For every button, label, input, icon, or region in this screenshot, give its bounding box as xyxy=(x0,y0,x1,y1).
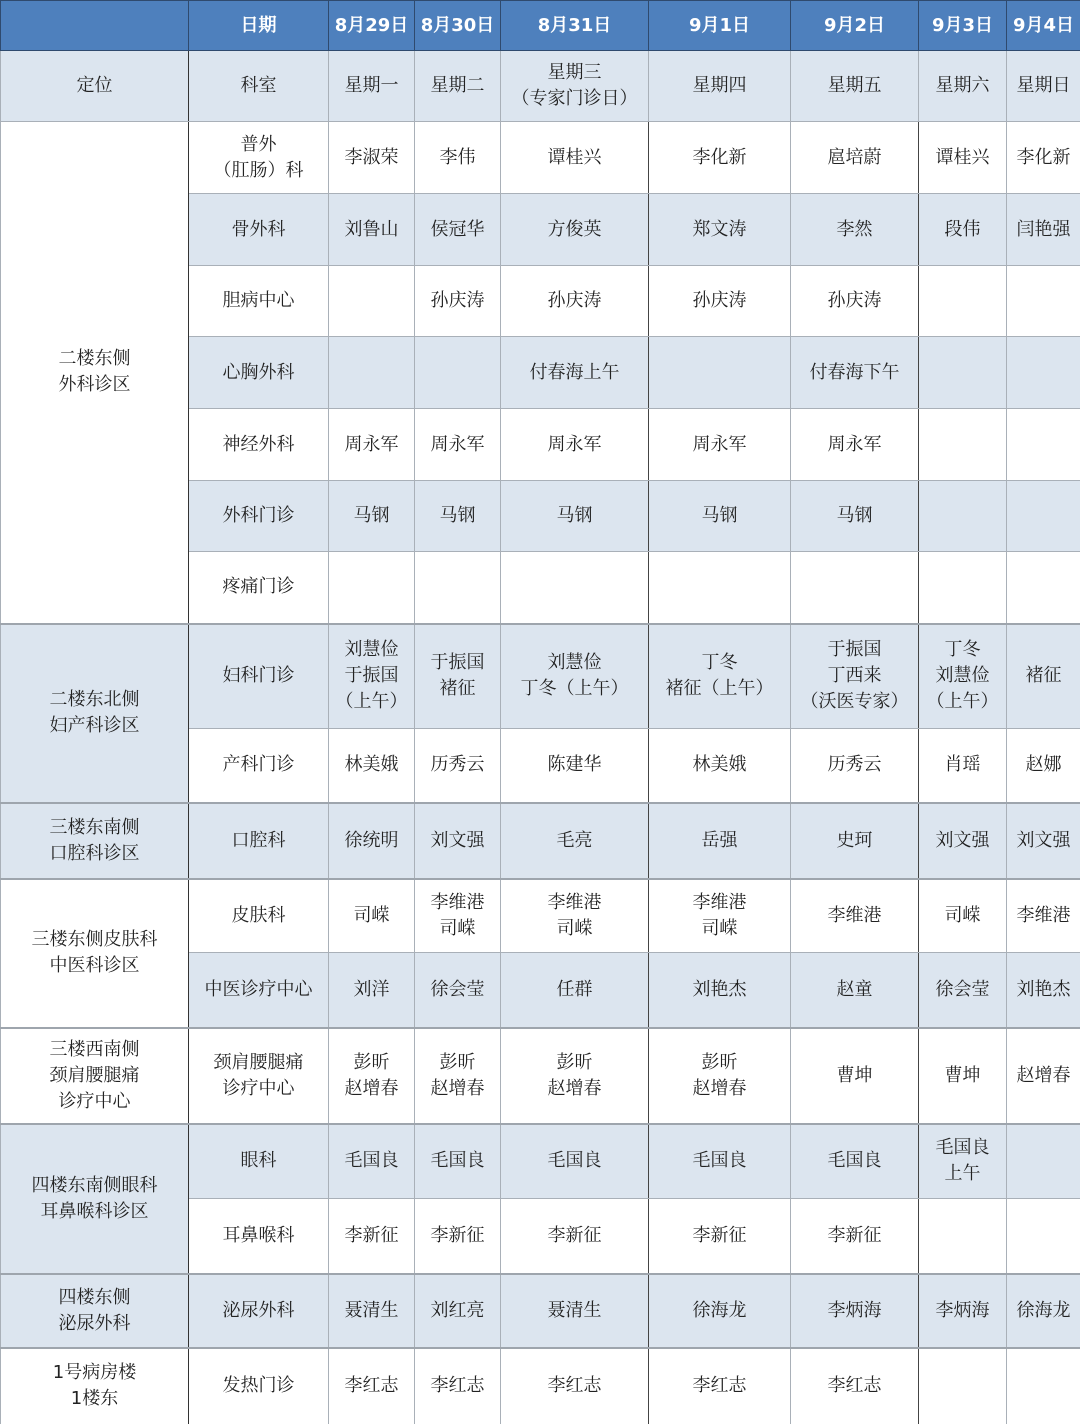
doctor-cell xyxy=(329,552,415,624)
weekday: 星期日 xyxy=(1007,51,1080,122)
doctor-cell: 彭昕 赵增春 xyxy=(501,1028,649,1124)
schedule-body: 二楼东侧 外科诊区普外 （肛肠）科李淑荣李伟谭桂兴李化新扈培蔚谭桂兴李化新骨外科… xyxy=(1,122,1080,1424)
weekday: 星期五 xyxy=(791,51,919,122)
date-col: 9月2日 xyxy=(791,1,919,51)
doctor-cell: 周永军 xyxy=(329,409,415,481)
doctor-cell: 孙庆涛 xyxy=(415,266,501,337)
doctor-cell: 李然 xyxy=(791,194,919,266)
doctor-cell: 李红志 xyxy=(415,1348,501,1424)
location-cell: 四楼东侧 泌尿外科 xyxy=(1,1274,189,1348)
doctor-cell: 毛国良 xyxy=(415,1124,501,1199)
department-cell: 普外 （肛肠）科 xyxy=(189,122,329,194)
doctor-cell: 聂清生 xyxy=(501,1274,649,1348)
table-row: 二楼东北侧 妇产科诊区妇科门诊刘慧俭 于振国 （上午）于振国 褚征刘慧俭 丁冬（… xyxy=(1,624,1080,729)
doctor-cell: 刘慧俭 于振国 （上午） xyxy=(329,624,415,729)
doctor-cell: 李化新 xyxy=(649,122,791,194)
department-cell: 产科门诊 xyxy=(189,729,329,803)
table-row: 二楼东侧 外科诊区普外 （肛肠）科李淑荣李伟谭桂兴李化新扈培蔚谭桂兴李化新 xyxy=(1,122,1080,194)
doctor-cell: 刘红亮 xyxy=(415,1274,501,1348)
doctor-cell xyxy=(919,409,1007,481)
doctor-cell: 马钢 xyxy=(415,481,501,552)
table-row: 1号病房楼 1楼东发热门诊李红志李红志李红志李红志李红志 xyxy=(1,1348,1080,1424)
doctor-cell xyxy=(1007,481,1080,552)
table-row: 四楼东侧 泌尿外科泌尿外科聂清生刘红亮聂清生徐海龙李炳海李炳海徐海龙 xyxy=(1,1274,1080,1348)
doctor-cell: 周永军 xyxy=(415,409,501,481)
doctor-cell: 周永军 xyxy=(791,409,919,481)
doctor-cell: 李红志 xyxy=(791,1348,919,1424)
doctor-cell: 马钢 xyxy=(649,481,791,552)
doctor-cell: 李化新 xyxy=(1007,122,1080,194)
doctor-cell: 李新征 xyxy=(791,1199,919,1274)
department-cell: 心胸外科 xyxy=(189,337,329,409)
doctor-cell: 刘鲁山 xyxy=(329,194,415,266)
doctor-cell: 林美娥 xyxy=(649,729,791,803)
doctor-cell: 李新征 xyxy=(501,1199,649,1274)
doctor-cell: 李红志 xyxy=(501,1348,649,1424)
doctor-cell: 徐海龙 xyxy=(649,1274,791,1348)
doctor-cell xyxy=(1007,1124,1080,1199)
doctor-cell xyxy=(1007,337,1080,409)
table-row: 三楼东南侧 口腔科诊区口腔科徐统明刘文强毛亮岳强史珂刘文强刘文强 xyxy=(1,803,1080,879)
doctor-cell: 赵童 xyxy=(791,953,919,1028)
doctor-cell: 刘文强 xyxy=(415,803,501,879)
doctor-cell: 李红志 xyxy=(329,1348,415,1424)
date-col: 8月30日 xyxy=(415,1,501,51)
doctor-cell: 岳强 xyxy=(649,803,791,879)
doctor-cell: 毛国良 xyxy=(501,1124,649,1199)
weekday: 星期三 （专家门诊日） xyxy=(501,51,649,122)
doctor-cell: 周永军 xyxy=(649,409,791,481)
date-header-row: 日期 8月29日 8月30日 8月31日 9月1日 9月2日 9月3日 9月4日 xyxy=(1,1,1080,51)
location-cell: 四楼东南侧眼科 耳鼻喉科诊区 xyxy=(1,1124,189,1274)
doctor-cell: 孙庆涛 xyxy=(649,266,791,337)
table-row: 三楼东侧皮肤科 中医科诊区皮肤科司嵘李维港 司嵘李维港 司嵘李维港 司嵘李维港司… xyxy=(1,879,1080,953)
date-col: 9月3日 xyxy=(919,1,1007,51)
doctor-cell: 闫艳强 xyxy=(1007,194,1080,266)
table-row: 三楼西南侧 颈肩腰腿痛 诊疗中心颈肩腰腿痛 诊疗中心彭昕 赵增春彭昕 赵增春彭昕… xyxy=(1,1028,1080,1124)
clinic-schedule-table: 日期 8月29日 8月30日 8月31日 9月1日 9月2日 9月3日 9月4日… xyxy=(0,0,1080,1424)
doctor-cell: 李维港 司嵘 xyxy=(415,879,501,953)
doctor-cell xyxy=(415,552,501,624)
department-cell: 疼痛门诊 xyxy=(189,552,329,624)
doctor-cell: 曹坤 xyxy=(919,1028,1007,1124)
doctor-cell xyxy=(919,481,1007,552)
location-cell: 三楼东南侧 口腔科诊区 xyxy=(1,803,189,879)
weekday: 星期六 xyxy=(919,51,1007,122)
doctor-cell: 付春海上午 xyxy=(501,337,649,409)
doctor-cell: 司嵘 xyxy=(329,879,415,953)
location-cell: 三楼西南侧 颈肩腰腿痛 诊疗中心 xyxy=(1,1028,189,1124)
doctor-cell: 谭桂兴 xyxy=(501,122,649,194)
doctor-cell: 李新征 xyxy=(649,1199,791,1274)
weekday: 星期四 xyxy=(649,51,791,122)
doctor-cell: 彭昕 赵增春 xyxy=(649,1028,791,1124)
doctor-cell: 李新征 xyxy=(329,1199,415,1274)
doctor-cell: 徐会莹 xyxy=(415,953,501,1028)
doctor-cell xyxy=(919,1199,1007,1274)
doctor-cell xyxy=(1007,1199,1080,1274)
doctor-cell: 赵娜 xyxy=(1007,729,1080,803)
doctor-cell: 司嵘 xyxy=(919,879,1007,953)
doctor-cell: 孙庆涛 xyxy=(501,266,649,337)
doctor-cell: 丁冬 刘慧俭 （上午） xyxy=(919,624,1007,729)
doctor-cell: 李伟 xyxy=(415,122,501,194)
date-col: 8月29日 xyxy=(329,1,415,51)
doctor-cell xyxy=(329,337,415,409)
doctor-cell xyxy=(329,266,415,337)
department-cell: 耳鼻喉科 xyxy=(189,1199,329,1274)
doctor-cell: 付春海下午 xyxy=(791,337,919,409)
location-cell: 二楼东北侧 妇产科诊区 xyxy=(1,624,189,803)
department-cell: 神经外科 xyxy=(189,409,329,481)
doctor-cell: 于振国 褚征 xyxy=(415,624,501,729)
doctor-cell: 李维港 xyxy=(791,879,919,953)
weekday: 星期二 xyxy=(415,51,501,122)
doctor-cell: 刘艳杰 xyxy=(649,953,791,1028)
location-cell: 1号病房楼 1楼东 xyxy=(1,1348,189,1424)
doctor-cell: 史珂 xyxy=(791,803,919,879)
doctor-cell xyxy=(919,1348,1007,1424)
doctor-cell xyxy=(919,266,1007,337)
department-cell: 颈肩腰腿痛 诊疗中心 xyxy=(189,1028,329,1124)
date-col: 9月1日 xyxy=(649,1,791,51)
weekday-header-row: 定位 科室 星期一 星期二 星期三 （专家门诊日） 星期四 星期五 星期六 星期… xyxy=(1,51,1080,122)
doctor-cell xyxy=(1007,409,1080,481)
doctor-cell: 李新征 xyxy=(415,1199,501,1274)
department-cell: 口腔科 xyxy=(189,803,329,879)
doctor-cell: 刘洋 xyxy=(329,953,415,1028)
doctor-cell: 于振国 丁西来 （沃医专家） xyxy=(791,624,919,729)
doctor-cell: 马钢 xyxy=(791,481,919,552)
doctor-cell xyxy=(1007,1348,1080,1424)
doctor-cell xyxy=(649,337,791,409)
location-label: 定位 xyxy=(1,51,189,122)
doctor-cell xyxy=(415,337,501,409)
doctor-cell: 扈培蔚 xyxy=(791,122,919,194)
doctor-cell: 侯冠华 xyxy=(415,194,501,266)
doctor-cell: 方俊英 xyxy=(501,194,649,266)
doctor-cell xyxy=(649,552,791,624)
doctor-cell: 郑文涛 xyxy=(649,194,791,266)
doctor-cell: 历秀云 xyxy=(415,729,501,803)
location-cell: 二楼东侧 外科诊区 xyxy=(1,122,189,624)
doctor-cell: 李炳海 xyxy=(919,1274,1007,1348)
doctor-cell: 毛国良 上午 xyxy=(919,1124,1007,1199)
department-cell: 泌尿外科 xyxy=(189,1274,329,1348)
department-cell: 发热门诊 xyxy=(189,1348,329,1424)
doctor-cell: 刘艳杰 xyxy=(1007,953,1080,1028)
doctor-cell: 历秀云 xyxy=(791,729,919,803)
doctor-cell: 马钢 xyxy=(329,481,415,552)
doctor-cell xyxy=(1007,552,1080,624)
doctor-cell xyxy=(791,552,919,624)
department-cell: 外科门诊 xyxy=(189,481,329,552)
doctor-cell: 曹坤 xyxy=(791,1028,919,1124)
date-col: 9月4日 xyxy=(1007,1,1080,51)
department-cell: 胆病中心 xyxy=(189,266,329,337)
doctor-cell xyxy=(919,552,1007,624)
doctor-cell: 李维港 xyxy=(1007,879,1080,953)
doctor-cell: 李淑荣 xyxy=(329,122,415,194)
doctor-cell: 赵增春 xyxy=(1007,1028,1080,1124)
table-row: 四楼东南侧眼科 耳鼻喉科诊区眼科毛国良毛国良毛国良毛国良毛国良毛国良 上午 xyxy=(1,1124,1080,1199)
doctor-cell: 毛国良 xyxy=(791,1124,919,1199)
doctor-cell: 毛国良 xyxy=(329,1124,415,1199)
doctor-cell: 李炳海 xyxy=(791,1274,919,1348)
department-cell: 皮肤科 xyxy=(189,879,329,953)
doctor-cell: 孙庆涛 xyxy=(791,266,919,337)
doctor-cell: 任群 xyxy=(501,953,649,1028)
doctor-cell: 彭昕 赵增春 xyxy=(329,1028,415,1124)
corner-cell xyxy=(1,1,189,51)
doctor-cell: 周永军 xyxy=(501,409,649,481)
department-label: 科室 xyxy=(189,51,329,122)
doctor-cell: 徐统明 xyxy=(329,803,415,879)
doctor-cell: 毛亮 xyxy=(501,803,649,879)
doctor-cell: 徐会莹 xyxy=(919,953,1007,1028)
doctor-cell: 丁冬 褚征（上午） xyxy=(649,624,791,729)
weekday: 星期一 xyxy=(329,51,415,122)
department-cell: 眼科 xyxy=(189,1124,329,1199)
doctor-cell: 刘文强 xyxy=(919,803,1007,879)
department-cell: 骨外科 xyxy=(189,194,329,266)
doctor-cell: 马钢 xyxy=(501,481,649,552)
doctor-cell: 褚征 xyxy=(1007,624,1080,729)
doctor-cell: 聂清生 xyxy=(329,1274,415,1348)
doctor-cell: 陈建华 xyxy=(501,729,649,803)
doctor-cell: 毛国良 xyxy=(649,1124,791,1199)
doctor-cell: 李维港 司嵘 xyxy=(649,879,791,953)
department-cell: 妇科门诊 xyxy=(189,624,329,729)
doctor-cell xyxy=(501,552,649,624)
doctor-cell xyxy=(1007,266,1080,337)
date-label: 日期 xyxy=(189,1,329,51)
doctor-cell: 肖瑶 xyxy=(919,729,1007,803)
department-cell: 中医诊疗中心 xyxy=(189,953,329,1028)
doctor-cell: 彭昕 赵增春 xyxy=(415,1028,501,1124)
doctor-cell: 刘文强 xyxy=(1007,803,1080,879)
doctor-cell: 林美娥 xyxy=(329,729,415,803)
doctor-cell xyxy=(919,337,1007,409)
doctor-cell: 李红志 xyxy=(649,1348,791,1424)
doctor-cell: 徐海龙 xyxy=(1007,1274,1080,1348)
doctor-cell: 段伟 xyxy=(919,194,1007,266)
doctor-cell: 刘慧俭 丁冬（上午） xyxy=(501,624,649,729)
date-col: 8月31日 xyxy=(501,1,649,51)
doctor-cell: 李维港 司嵘 xyxy=(501,879,649,953)
location-cell: 三楼东侧皮肤科 中医科诊区 xyxy=(1,879,189,1028)
doctor-cell: 谭桂兴 xyxy=(919,122,1007,194)
